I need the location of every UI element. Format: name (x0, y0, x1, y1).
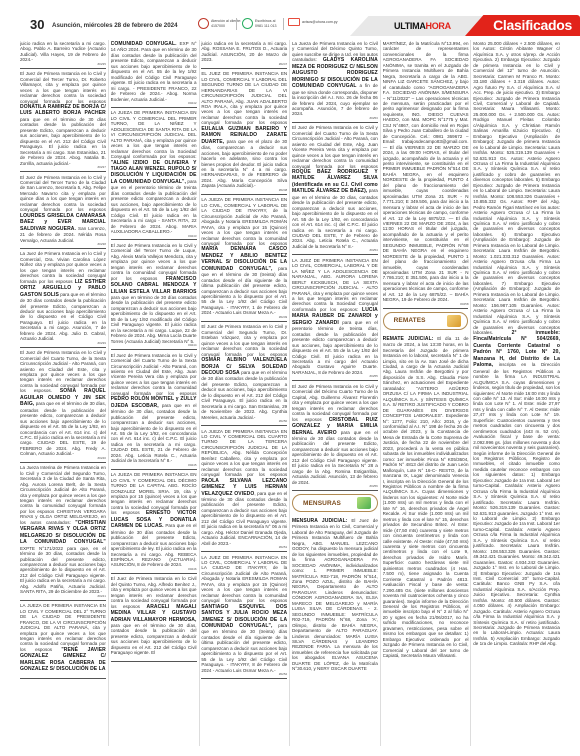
section-tag-mensuras: MENSURAS (292, 494, 378, 512)
section-tag-label: MENSURAS (303, 500, 341, 507)
contact-value: 0981 111 013 (255, 24, 276, 28)
notice: Monto 25.000 dólares + 2.500 dólares, en… (473, 40, 560, 652)
notice: LA JUEZA DE PRIMERA INSTANCIA EN LO CIVI… (111, 471, 197, 574)
column-6: Monto 25.000 dólares + 2.500 dólares, en… (473, 40, 562, 746)
notice: El Juez de Primera Instancia en lo Civil… (292, 383, 378, 491)
phone-icon (198, 18, 209, 29)
section-title: Clasificados (493, 17, 572, 33)
brand-logo: ULTIMAHORA (394, 21, 451, 31)
notice: LA JUEZA DE PRIMERA INSTANCIA EN LO CIVI… (201, 196, 287, 322)
notice: LA JUEZ DE PRIMERA INSTANCIA EN LO CIVIL… (201, 554, 287, 680)
column-5: MARTÍNEZ, de la Matrícula N°13.994, en c… (383, 40, 472, 746)
contact-value: 4157000 (211, 24, 225, 28)
notice: MENSURA JUDICIAL: El Juez de Primera Ins… (292, 517, 378, 677)
mail-icon (288, 18, 300, 26)
map-icon (357, 497, 371, 509)
gavel-icon (447, 315, 461, 327)
notice: El Juez de Primera Instancia en lo Civil… (20, 174, 106, 249)
notice: El Juez de Primera Instancia en lo Civil… (111, 242, 197, 350)
notice: El Juez de Primera Instancia en lo Civil… (20, 349, 106, 463)
section-tag-label: REMATES (394, 317, 426, 324)
contact-phone: Atención al cliente:4157000 (198, 18, 241, 29)
notice: El Juez de Primera Instancia en lo Civil… (201, 323, 287, 426)
notice: El Juez de Primera Instancia en lo Civil… (111, 575, 197, 661)
notice: LA JUEZ DE PRIMERA INSTANCIA EN LO CIVIL… (292, 257, 378, 382)
notice: El Juez de Primera Instancia en lo Civil… (20, 70, 106, 172)
notice: EL JUEZ DE PRIMERA INSTANCIA EN LO CIVIL… (201, 70, 287, 195)
page-number: 30 (30, 17, 44, 32)
notice: juicio radica en la secretaría a mi carg… (20, 40, 106, 69)
divider (283, 18, 284, 30)
divider (236, 18, 237, 30)
column-2: COMUNIDAD CONYUGAL. EXP N° 14 AÑO 2024. … (111, 40, 200, 746)
notice: LA JUEZA DE PRIMERA INSTANCIA EN LO CIVI… (111, 109, 197, 240)
column-3: juicio radica en la secretaría a mi carg… (201, 40, 290, 746)
whatsapp-icon (242, 18, 253, 29)
contact-whatsapp: Escribinos al0981 111 013 (242, 18, 276, 29)
column-4: La Jueza de Primera Instancia en lo Civi… (292, 40, 381, 746)
contact-email[interactable]: avisos@uhora.com.py (288, 18, 338, 26)
column-1: juicio radica en la secretaría a mi carg… (20, 40, 109, 746)
notice: La Jueza de Primera Instancia en lo Civi… (292, 40, 378, 123)
notice: El Juez de Primera Instancia en lo Civil… (111, 352, 197, 470)
notice: COMUNIDAD CONYUGAL. EXP N° 14 AÑO 2024. … (111, 40, 197, 108)
notice: REMATE JUDICIAL: El día 11 de marzo de 2… (383, 335, 469, 664)
page-date: Asunción, miércoles 28 de febrero de 202… (52, 22, 178, 29)
notice: LA JUEZA DE PRIMERA INSTANCIA EN LO CIVI… (201, 428, 287, 553)
page-header: 30 Asunción, miércoles 28 de febrero de … (0, 0, 580, 36)
notice: LA JUEZA DE PRIMERA INSTANCIA EN LO CIVI… (20, 602, 106, 678)
notice: El Juez de Primera Instancia en lo Civil… (292, 124, 378, 255)
classifieds-columns: juicio radica en la secretaría a mi carg… (20, 40, 562, 746)
notice: MARTÍNEZ, de la Matrícula N°13.994, en c… (383, 40, 469, 309)
section-tag-remates: REMATES (383, 312, 469, 330)
notice: La Jueza Interina de Primera Instancia e… (20, 464, 106, 600)
notice: La Juez de Primera Instancia en lo Civil… (20, 250, 106, 347)
notice: juicio radica en la secretaría a mi carg… (201, 40, 287, 69)
contact-value[interactable]: avisos@uhora.com.py (302, 20, 338, 24)
